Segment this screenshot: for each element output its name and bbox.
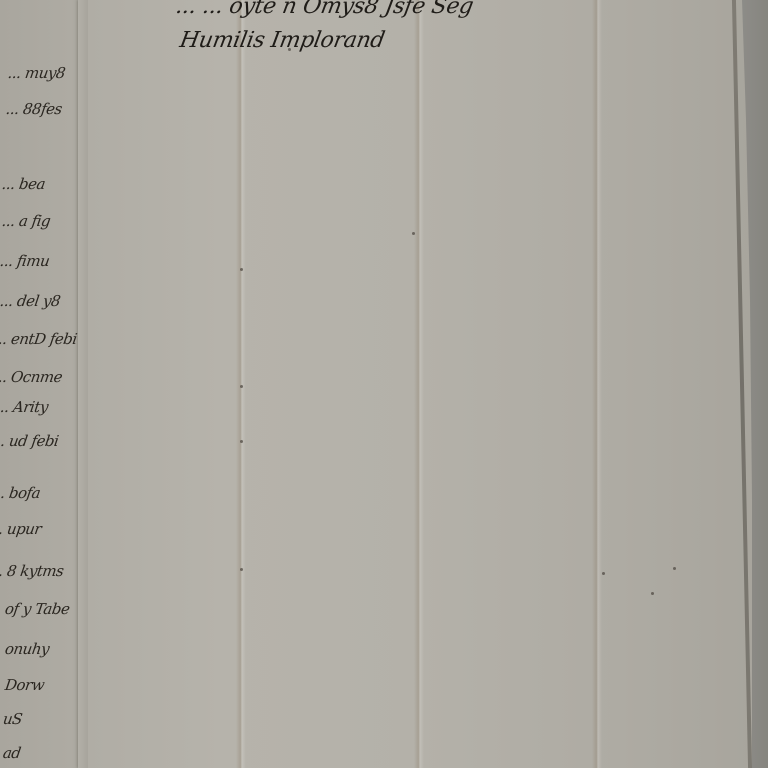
left-text-line: ... ad	[0, 744, 22, 762]
left-text-line: ... 88fes	[5, 100, 63, 118]
left-text-line: ... bea	[1, 175, 47, 193]
left-text-line: ... entD febi	[0, 330, 78, 348]
manuscript-sheet	[88, 0, 752, 768]
underlying-left-page: ... muy8 ... 88fes ... bea ... a fig ...…	[0, 0, 90, 768]
left-text-line: ... ud febi	[0, 432, 60, 450]
left-text-line: ... del y8	[0, 292, 61, 310]
left-text-line: ... uS	[0, 710, 23, 728]
paper-speck	[602, 572, 605, 575]
fold-line	[414, 0, 424, 768]
manuscript-line-2: Humilis Implorand	[178, 28, 387, 53]
left-text-line: ... Ocnme	[0, 368, 63, 386]
left-text-line: ... 8 kytms	[0, 562, 65, 580]
paper-speck	[240, 568, 243, 571]
paper-speck	[240, 385, 243, 388]
left-text-line: ... upur	[0, 520, 42, 538]
paper-speck	[651, 592, 654, 595]
paper-speck	[240, 440, 243, 443]
left-text-line: ... muy8	[7, 64, 67, 82]
left-text-line: ... Arity	[0, 398, 49, 416]
left-text-line: ... onuhy	[0, 640, 50, 658]
left-text-line: ... of y Tabe	[0, 600, 71, 618]
left-text-line: ... a fig	[1, 212, 52, 230]
paper-speck	[412, 232, 415, 235]
left-text-line: ... Dorw	[0, 676, 45, 694]
paper-speck	[240, 268, 243, 271]
left-text-line: ... bofa	[0, 484, 41, 502]
left-text-line: ... fimu	[0, 252, 51, 270]
manuscript-line-1: ... ... oyte n̄ Omys8 Jsfe Seg	[174, 0, 475, 19]
fold-line	[592, 0, 602, 768]
fold-line	[236, 0, 246, 768]
paper-speck	[673, 567, 676, 570]
